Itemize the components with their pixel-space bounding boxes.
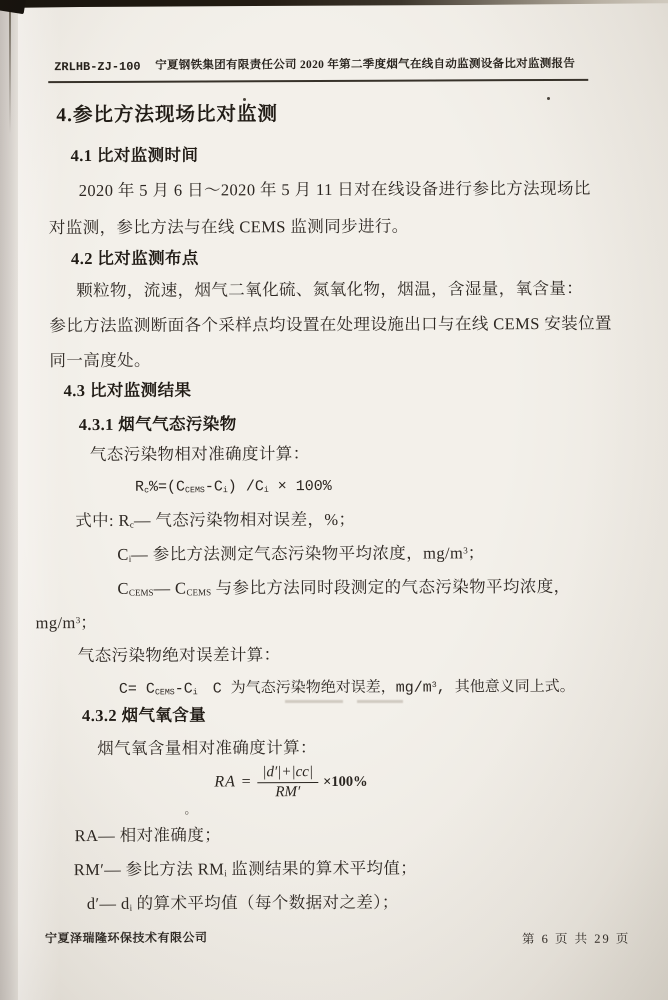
formula-absolute-error: C= CCEMS-Ci C 为气态污染物绝对误差，mg/m3, 其他意义同上式。 <box>119 679 575 698</box>
formula-ra-numerator: |d′|+|cc| <box>257 764 318 783</box>
oxygen-accuracy-intro: 烟气氧含量相对准确度计算： <box>97 739 317 759</box>
section-4-1-paragraph-line2: 对监测，参比方法与在线 CEMS 监测同步进行。 <box>49 218 409 239</box>
definition-d: d′— di 的算术平均值（每个数据对之差）； <box>87 894 399 914</box>
section-4-1-paragraph-line1: 2020 年 5 月 6 日～2020 年 5 月 11 日对在线设备进行参比方… <box>79 180 591 201</box>
definition-ci: Ci— 参比方法测定气态污染物平均浓度，mg/m3； <box>117 544 484 565</box>
header-underline <box>48 79 588 83</box>
header-title: 宁夏钢铁集团有限责任公司 2020 年第二季度烟气在线自动监测设备比对监测报告 <box>155 58 575 73</box>
formula-relative-error: Rc%=(CCEMS-Ci) /Ci × 100% <box>135 478 332 496</box>
page-content: ZRLHB-ZJ-100 宁夏钢铁集团有限责任公司 2020 年第二季度烟气在线… <box>0 0 668 1000</box>
section-4-title: 4.参比方法现场比对监测 <box>56 104 278 127</box>
absolute-error-intro: 气态污染物绝对误差计算： <box>78 646 281 666</box>
section-4-2-paragraph-line1: 颗粒物，流速，烟气二氧化硫、氮氧化物，烟温，含湿量，氧含量： <box>76 280 583 301</box>
definition-ccems-continuation: mg/m3； <box>36 614 98 633</box>
formula-ra-denominator: RM′ <box>275 783 300 801</box>
section-4-1-title: 4.1 比对监测时间 <box>71 147 199 167</box>
section-4-2-paragraph-line3: 同一高度处。 <box>49 352 150 371</box>
scanned-document-page: ZRLHB-ZJ-100 宁夏钢铁集团有限责任公司 2020 年第二季度烟气在线… <box>0 0 668 1000</box>
formula-ra-multiplier: ×100% <box>323 773 368 790</box>
section-4-3-2-title: 4.3.2 烟气氧含量 <box>82 706 206 726</box>
definition-ra: RA— 相对准确度； <box>75 826 222 846</box>
footer-page-number: 第 6 页 共 29 页 <box>522 932 630 947</box>
definition-ccems: CCEMS— CCEMS 与参比方法同时段测定的气态污染物平均浓度， <box>117 578 570 599</box>
section-4-3-title: 4.3 比对监测结果 <box>64 382 192 402</box>
footer-company-name: 宁夏泽瑞隆环保技术有限公司 <box>45 931 208 946</box>
section-4-2-paragraph-line2: 参比方法监测断面各个采样点均设置在处理设施出口与在线 CEMS 安装位置 <box>49 315 612 336</box>
definition-rc: 式中: Rc— 气态污染物相对误差，%； <box>75 511 355 531</box>
section-4-2-title: 4.2 比对监测布点 <box>71 250 199 270</box>
formula-ra-fraction: |d′|+|cc| RM′ <box>257 764 318 800</box>
stray-period-mark: 。 <box>184 804 196 818</box>
formula-ra-lhs: RA = <box>214 773 252 791</box>
definition-rm: RM′— 参比方法 RMi 监测结果的算术平均值； <box>74 860 418 880</box>
section-4-3-1-title: 4.3.1 烟气气态污染物 <box>79 415 237 435</box>
header-doc-code: ZRLHB-ZJ-100 <box>54 61 140 75</box>
relative-accuracy-intro: 气态污染物相对准确度计算： <box>90 445 310 465</box>
formula-relative-accuracy: RA = |d′|+|cc| RM′ ×100% <box>214 764 367 801</box>
